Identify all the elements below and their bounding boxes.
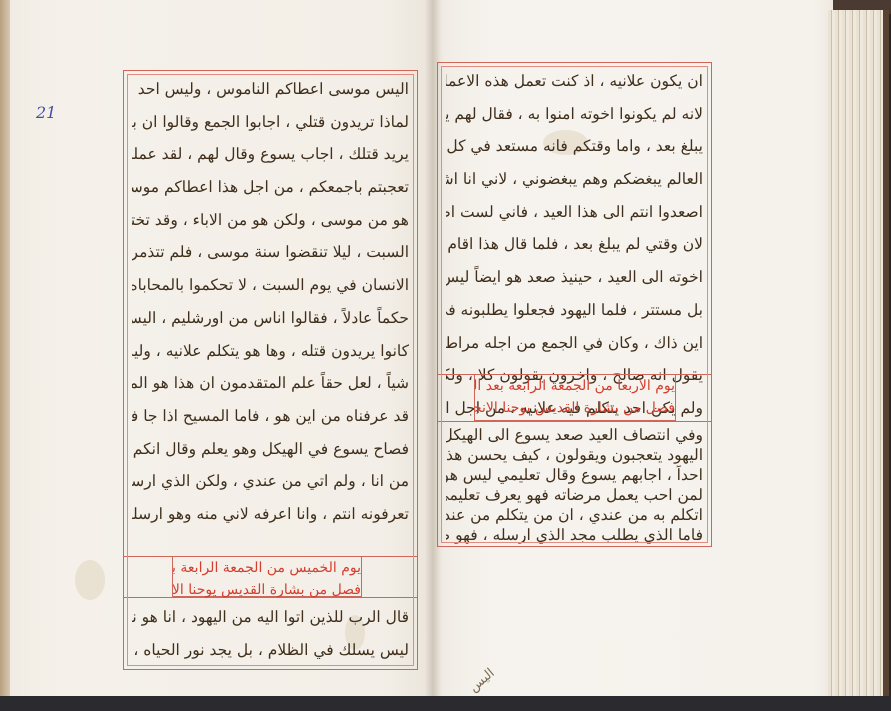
- folio-number: 21: [36, 103, 56, 122]
- text-line: لان وقتي لم يبلغ بعد ، فلما قال هذا اقام…: [446, 228, 703, 261]
- text-line: الانسان في يوم السبت ، لا تحكموا بالمحاب…: [132, 269, 409, 302]
- text-line: شياً ، لعل حقاً علم المتقدمون ان هذا هو …: [132, 367, 409, 400]
- right-rubric-band: يوم الاربعا من الجمعة الرابعة بعد الفصح …: [438, 374, 711, 422]
- text-line: بل مستتر ، فلما اليهود فجعلوا يطلبونه في…: [446, 294, 703, 327]
- right-text-block-top: ان يكون علانيه ، اذ كنت تعمل هذه الاعمال…: [446, 65, 703, 425]
- text-line: اليس موسى اعطاكم الناموس ، وليس احد منكم…: [132, 73, 409, 106]
- rubric-subtitle: فصل من بشارة القديس يوحنا الانجيلي: [475, 397, 675, 419]
- text-line: اتكلم به من عندي ، ان من يتكلم من عنده ا…: [446, 505, 703, 525]
- text-line: وفي انتصاف العيد صعد يسوع الى الهيكل وبد…: [446, 425, 703, 445]
- right-text-frame: ان يكون علانيه ، اذ كنت تعمل هذه الاعمال…: [437, 62, 712, 547]
- rubric-subtitle: فصل من بشارة القديس يوحنا الانجيلي: [173, 579, 361, 601]
- paper-stain: [75, 560, 105, 600]
- page-block-edge: [828, 10, 889, 696]
- left-rubric-band: يوم الخميس من الجمعة الرابعة بعد الفصح ف…: [124, 556, 417, 598]
- text-line: تعرفونه انتم ، وانا اعرفه لاني منه وهو ا…: [132, 498, 409, 531]
- rubric-title: يوم الخميس من الجمعة الرابعة بعد الفصح: [173, 557, 361, 579]
- text-line: قال الرب للذين اتوا اليه من اليهود ، انا…: [132, 601, 409, 634]
- text-line: هو من موسى ، ولكن هو من الاباء ، وقد تخت…: [132, 204, 409, 237]
- text-line: العالم يبغضكم وهم يبغضوني ، لاني انا اشه…: [446, 163, 703, 196]
- text-line: لماذا تريدون قتلي ، اجابوا الجمع وقالوا …: [132, 106, 409, 139]
- right-text-block-bottom: وفي انتصاف العيد صعد يسوع الى الهيكل وبد…: [446, 425, 703, 545]
- manuscript-spread: 21 اليس موسى اعطاكم الناموس ، وليس احد م…: [0, 0, 891, 711]
- text-line: فاما الذي يطلب مجد الذي ارسله ، فهو صادق…: [446, 525, 703, 545]
- text-line: يريد قتلك ، اجاب يسوع وقال لهم ، لقد عمل…: [132, 138, 409, 171]
- text-line: ان يكون علانيه ، اذ كنت تعمل هذه الاعمال…: [446, 65, 703, 98]
- text-line: السبت ، ليلا تنقضوا سنة موسى ، فلم تتذمر…: [132, 236, 409, 269]
- rubric-title: يوم الاربعا من الجمعة الرابعة بعد الفصح: [475, 375, 675, 397]
- text-line: اين ذاك ، وكان في الجمع من اجله مراطنة ك…: [446, 327, 703, 360]
- text-line: ليس يسلك في الظلام ، بل يجد نور الحياه ،…: [132, 634, 409, 667]
- right-page: ان يكون علانيه ، اذ كنت تعمل هذه الاعمال…: [433, 0, 833, 696]
- text-line: قد عرفناه من اين هو ، فاما المسيح اذا جا…: [132, 400, 409, 433]
- text-line: اخوته الى العيد ، حينيذ صعد هو ايضاً ليس…: [446, 261, 703, 294]
- text-line: حكماً عادلاً ، فقالوا اناس من اورشليم ، …: [132, 302, 409, 335]
- text-line: تعجبتم باجمعكم ، من اجل هذا اعطاكم موسى …: [132, 171, 409, 204]
- left-page-edge: [0, 0, 10, 696]
- text-line: اصعدوا انتم الى هذا العيد ، فاني لست اصع…: [446, 196, 703, 229]
- text-line: فصاح يسوع في الهيكل وهو يعلم وقال انكم ل…: [132, 433, 409, 466]
- left-text-frame: اليس موسى اعطاكم الناموس ، وليس احد منكم…: [123, 70, 418, 670]
- left-text-block-top: اليس موسى اعطاكم الناموس ، وليس احد منكم…: [132, 73, 409, 531]
- book-gutter: [425, 0, 441, 696]
- text-line: لمن احب يعمل مرضاته فهو يعرف تعليمي ، هل…: [446, 485, 703, 505]
- left-page: 21 اليس موسى اعطاكم الناموس ، وليس احد م…: [0, 0, 435, 696]
- text-line: يبلغ بعد ، واما وقتكم فانه مستعد في كل ح…: [446, 130, 703, 163]
- text-line: لانه لم يكونوا اخوته امنوا به ، فقال لهم…: [446, 98, 703, 131]
- right-rubric-box: يوم الاربعا من الجمعة الرابعة بعد الفصح …: [474, 374, 676, 421]
- text-line: كانوا يريدون قتله ، وها هو يتكلم علانيه …: [132, 335, 409, 368]
- text-line: احداً ، اجابهم يسوع وقال تعليمي ليس هو ل…: [446, 465, 703, 485]
- text-line: من انا ، ولم اتي من عندي ، ولكن الذي ارس…: [132, 465, 409, 498]
- text-line: اليهود يتعجبون ويقولون ، كيف يحسن هذا ال…: [446, 445, 703, 465]
- left-text-block-bottom: قال الرب للذين اتوا اليه من اليهود ، انا…: [132, 601, 409, 666]
- left-rubric-box: يوم الخميس من الجمعة الرابعة بعد الفصح ف…: [172, 556, 362, 597]
